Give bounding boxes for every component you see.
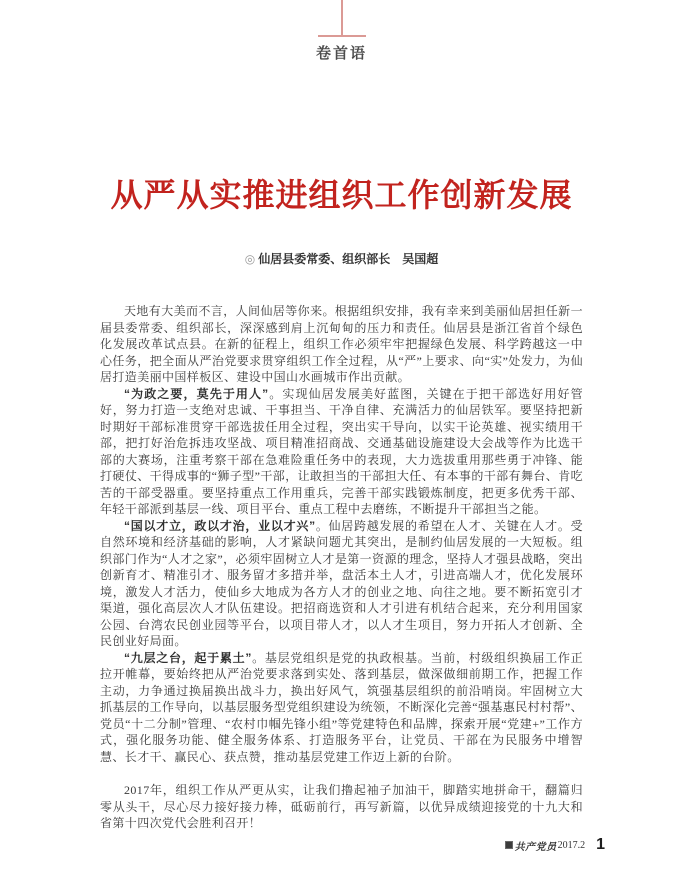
section-label: 卷首语: [316, 42, 367, 63]
masthead-vertical-rule: [341, 0, 343, 35]
author-name: 仙居县委常委、组织部长 吴国超: [258, 252, 438, 266]
paragraph-text: 。实现仙居发展美好蓝图，关键在于把干部选好用好管好，努力打造一支绝对忠诚、干事担…: [100, 387, 583, 517]
journal-logo-icon: [505, 841, 513, 849]
paragraph-lead: “为政之要，莫先于用人”: [124, 387, 269, 401]
journal-issue: 2017.2: [558, 840, 586, 851]
paragraph-lead: “国以才立，政以才治，业以才兴”: [124, 519, 315, 533]
page-number: 1: [596, 836, 605, 854]
article-body: 天地有大美而不言，人间仙居等你来。根据组织安排，我有幸来到美丽仙居担任新一届县委…: [100, 303, 583, 832]
body-paragraph: 2017年，组织工作从严更从实，让我们撸起袖子加油干，脚踏实地拼命干，翻篇归零从…: [100, 782, 583, 832]
author-bullet-icon: ◎: [245, 252, 255, 266]
masthead-horizontal-rule: [318, 35, 366, 37]
page-footer: 共产党员 2017.2 1: [505, 836, 605, 854]
journal-name: 共产党员: [515, 838, 557, 853]
paragraph-text: 。基层党组织是党的执政根基。当前，村级组织换届工作正拉开帷幕，要始终把从严治党要…: [100, 651, 583, 764]
paragraph-lead: “九层之台，起于累土”: [124, 651, 252, 665]
body-paragraph: 天地有大美而不言，人间仙居等你来。根据组织安排，我有幸来到美丽仙居担任新一届县委…: [100, 303, 583, 386]
body-paragraph: “为政之要，莫先于用人”。实现仙居发展美好蓝图，关键在于把干部选好用好管好，努力…: [100, 386, 583, 518]
paragraph-text: 2017年，组织工作从严更从实，让我们撸起袖子加油干，脚踏实地拼命干，翻篇归零从…: [100, 783, 583, 830]
author-line: ◎仙居县委常委、组织部长 吴国超: [0, 250, 683, 267]
paragraph-text: 。仙居跨越发展的希望在人才、关键在人才。受自然环境和经济基础的影响，人才紧缺问题…: [100, 519, 583, 649]
masthead: 卷首语: [0, 0, 683, 63]
body-paragraph: “国以才立，政以才治，业以才兴”。仙居跨越发展的希望在人才、关键在人才。受自然环…: [100, 518, 583, 650]
paragraph-text: 天地有大美而不言，人间仙居等你来。根据组织安排，我有幸来到美丽仙居担任新一届县委…: [100, 304, 583, 384]
magazine-page: 卷首语 从严从实推进组织工作创新发展 ◎仙居县委常委、组织部长 吴国超 天地有大…: [0, 0, 683, 878]
article-title: 从严从实推进组织工作创新发展: [0, 170, 683, 216]
body-paragraph: “九层之台，起于累土”。基层党组织是党的执政根基。当前，村级组织换届工作正拉开帷…: [100, 650, 583, 766]
